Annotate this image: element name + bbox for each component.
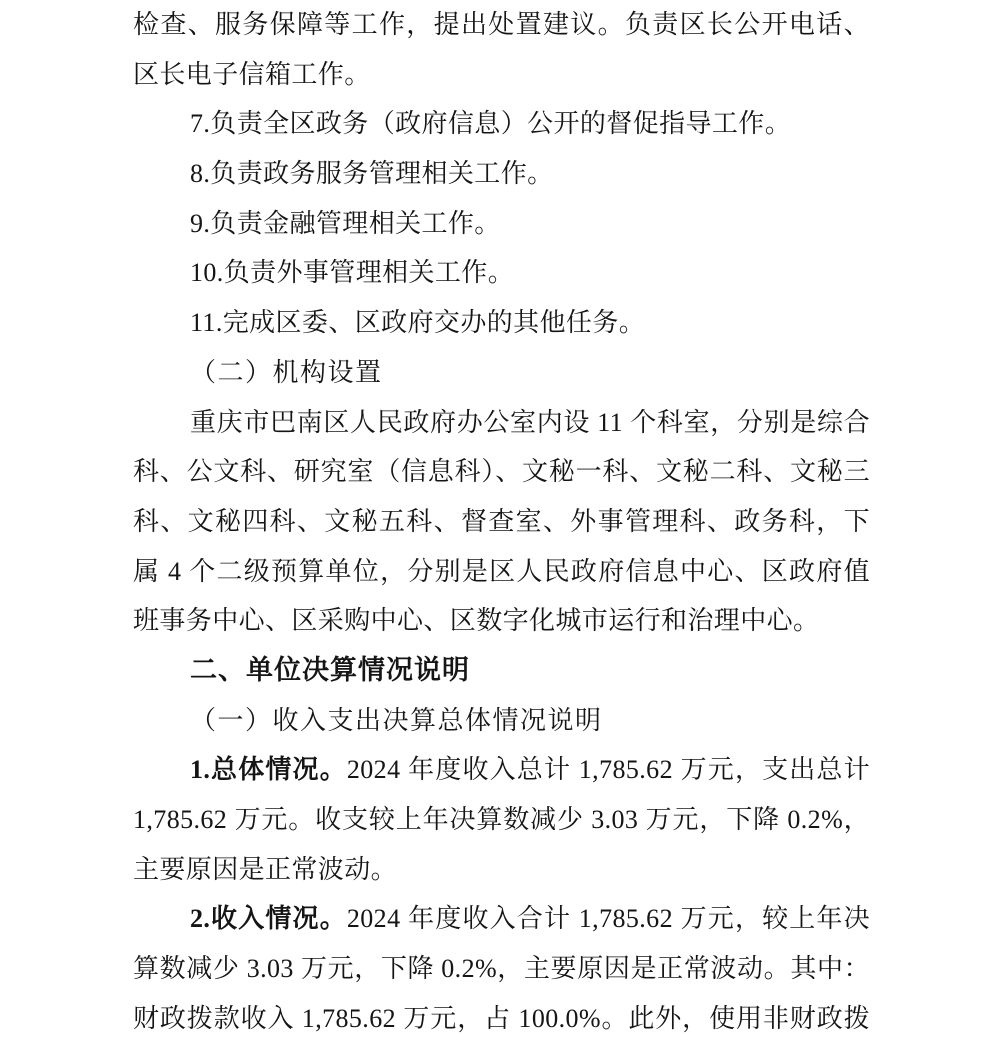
doc-line: 财政拨款收入 1,785.62 万元，占 100.0%。此外，使用非财政拨 xyxy=(133,994,870,1044)
doc-line: 科、公文科、研究室（信息科）、文秘一科、文秘二科、文秘三 xyxy=(133,447,870,497)
doc-line-list-item-7: 7.负责全区政务（政府信息）公开的督促指导工作。 xyxy=(133,99,870,149)
document-page: 检查、服务保障等工作，提出处置建议。负责区长公开电话、 区长电子信箱工作。 7.… xyxy=(0,0,1000,1044)
bold-lead-overall: 1.总体情况。 xyxy=(190,755,347,784)
doc-line: 算数减少 3.03 万元，下降 0.2%，主要原因是正常波动。其中： xyxy=(133,944,870,994)
doc-line: 重庆市巴南区人民政府办公室内设 11 个科室，分别是综合 xyxy=(133,398,870,448)
doc-line-overall-situation: 1.总体情况。2024 年度收入总计 1,785.62 万元，支出总计 xyxy=(133,745,870,795)
doc-line: 主要原因是正常波动。 xyxy=(133,845,870,895)
doc-line: 属 4 个二级预算单位，分别是区人民政府信息中心、区政府值 xyxy=(133,547,870,597)
heading-income-expense-overview: （一）收入支出决算总体情况说明 xyxy=(133,696,870,746)
doc-line: 1,785.62 万元。收支较上年决算数减少 3.03 万元，下降 0.2%， xyxy=(133,795,870,845)
doc-line-list-item-8: 8.负责政务服务管理相关工作。 xyxy=(133,149,870,199)
doc-line-list-item-10: 10.负责外事管理相关工作。 xyxy=(133,248,870,298)
line-text: 2024 年度收入总计 1,785.62 万元，支出总计 xyxy=(347,755,870,784)
doc-line-income-situation: 2.收入情况。2024 年度收入合计 1,785.62 万元，较上年决 xyxy=(133,894,870,944)
doc-line: 检查、服务保障等工作，提出处置建议。负责区长公开电话、 xyxy=(133,0,870,50)
heading-section-2-final-accounts: 二、单位决算情况说明 xyxy=(133,646,870,696)
bold-lead-income: 2.收入情况。 xyxy=(190,904,347,933)
line-text: 2024 年度收入合计 1,785.62 万元，较上年决 xyxy=(347,904,870,933)
heading-org-setup: （二）机构设置 xyxy=(133,348,870,398)
doc-line: 班事务中心、区采购中心、区数字化城市运行和治理中心。 xyxy=(133,596,870,646)
doc-line-list-item-11: 11.完成区委、区政府交办的其他任务。 xyxy=(133,298,870,348)
doc-line-list-item-9: 9.负责金融管理相关工作。 xyxy=(133,199,870,249)
doc-line: 区长电子信箱工作。 xyxy=(133,50,870,100)
doc-line: 科、文秘四科、文秘五科、督查室、外事管理科、政务科，下 xyxy=(133,497,870,547)
